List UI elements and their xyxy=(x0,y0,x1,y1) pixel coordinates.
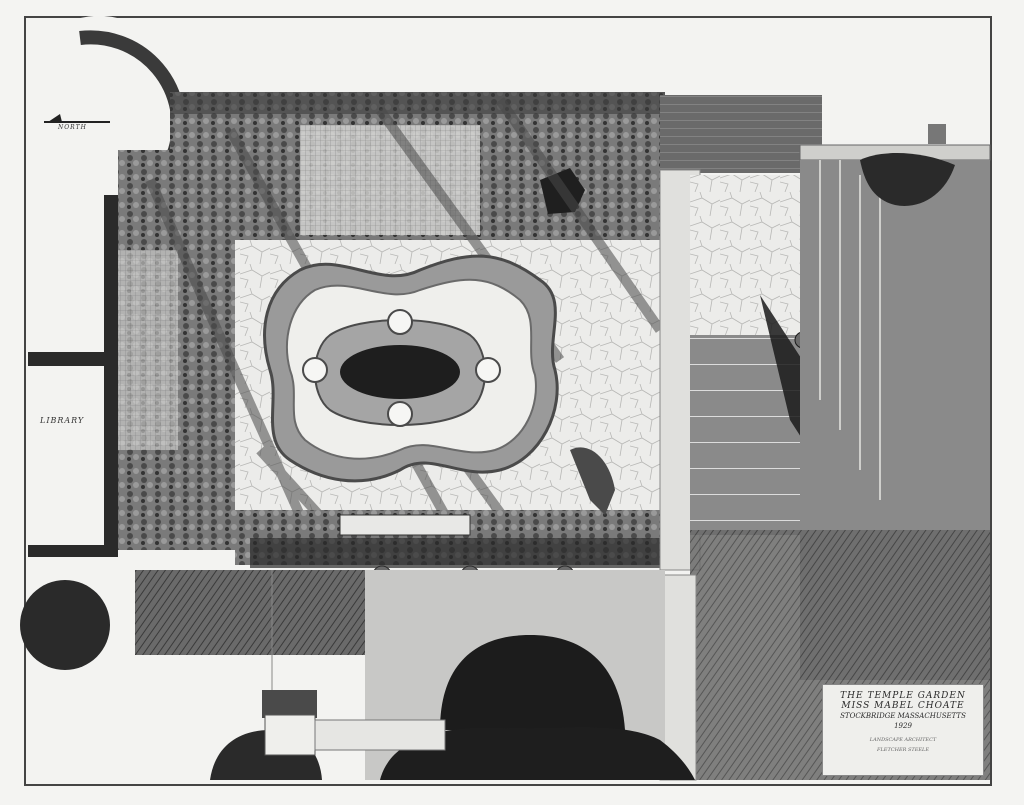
title-block-year: 1929 xyxy=(823,721,983,731)
central-pool xyxy=(340,345,460,399)
pergola-beam xyxy=(170,92,665,114)
title-block-architect: FLETCHER STEELE xyxy=(823,745,983,755)
library-partition-wall xyxy=(28,352,118,366)
gate-pavilion xyxy=(265,715,315,755)
trellis-grid-left xyxy=(118,250,178,450)
library-lower-wall xyxy=(28,545,118,557)
hedge-block xyxy=(135,570,365,655)
library-wall xyxy=(104,195,118,555)
chimney xyxy=(928,124,946,144)
upper-landing xyxy=(690,175,800,335)
library-label: LIBRARY xyxy=(40,416,84,425)
title-block-garden-name: THE TEMPLE GARDEN xyxy=(823,691,983,701)
shrub-left xyxy=(20,580,110,670)
title-block-location: STOCKBRIDGE MASSACHUSETTS xyxy=(823,711,983,721)
gate-pavilion-roof xyxy=(262,690,317,718)
entry-fence xyxy=(315,720,445,750)
garden-bench xyxy=(340,515,470,535)
title-block-role: LANDSCAPE ARCHITECT xyxy=(823,735,983,745)
title-block: THE TEMPLE GARDEN MISS MABEL CHOATE STOC… xyxy=(822,684,984,776)
title-block-client: MISS MABEL CHOATE xyxy=(823,701,983,711)
north-label: NORTH xyxy=(58,124,87,131)
south-wall xyxy=(250,538,670,568)
upper-deck xyxy=(660,95,822,173)
